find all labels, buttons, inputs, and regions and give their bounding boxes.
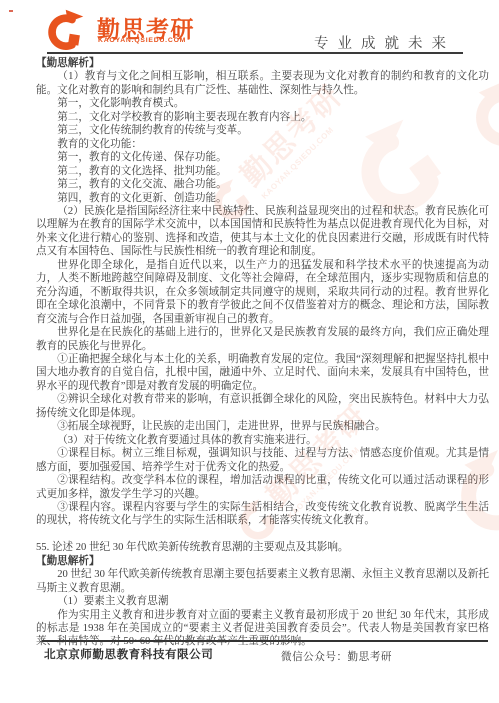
footer-wechat: 微信公众号：勤思考研	[281, 649, 392, 664]
brand-slogan: 专业成就未来	[314, 32, 455, 53]
paragraph: 教育的文化功能：	[36, 138, 489, 151]
paragraph: 第一，文化影响教育模式。	[36, 97, 489, 110]
paragraph: ②课程结构。改变学科本位的课程，增加活动课程的比重，传统文化可以通过活动课程的形…	[36, 474, 489, 501]
paragraph: （1）要素主义教育思潮	[36, 595, 489, 608]
paragraph: 【勤思解析】	[36, 57, 489, 70]
paragraph: ③拓展全球视野，让民族的走出国门，走进世界，世界与民族相融合。	[36, 420, 489, 433]
paragraph: 作为实用主义教育和进步教育对立面的要素主义教育最初形成于 20 世纪 30 年代…	[36, 609, 489, 649]
paragraph: 第四，教育的文化更新、创造功能。	[36, 192, 489, 205]
scan-artifact	[9, 10, 13, 12]
header-divider	[47, 52, 463, 54]
paragraph: 第三，文化传统制约教育的传统与变革。	[36, 124, 489, 137]
paragraph: （1）教育与文化之间相互影响，相互联系。主要表现为文化对教育的制约和教育的文化功…	[36, 70, 489, 97]
paragraph: 第二，教育的文化选择、批判功能。	[36, 165, 489, 178]
paragraph: （3）对于传统文化教育要通过具体的教育实施来进行。	[36, 434, 489, 447]
paragraph: （2）民族化是指国际经济往来中民族特性、民族利益显现突出的过程和状态。教育民族化…	[36, 205, 489, 259]
document-body: 【勤思解析】（1）教育与文化之间相互影响，相互联系。主要表现为文化对教育的制约和…	[36, 57, 489, 649]
paragraph: 世界化是在民族化的基础上进行的，世界化又是民族教育发展的最终方向，我们应正确处理…	[36, 326, 489, 353]
paragraph: 20 世纪 30 年代欧美新传统教育思潮主要包括要素主义教育思潮、永恒主义教育思…	[36, 568, 489, 595]
paragraph: 第三，教育的文化交流、融合功能。	[36, 178, 489, 191]
paragraph: ①正确把握全球化与本土化的关系，明确教育发展的定位。我国“深刻理解和把握坚持扎根…	[36, 353, 489, 393]
brand-logo-icon	[36, 7, 90, 52]
paragraph	[36, 528, 489, 541]
paragraph: 55. 论述 20 世纪 30 年代欧美新传统教育思潮的主要观点及其影响。	[36, 541, 489, 554]
brand-url: KAOYAN.QSIEDU.COM	[98, 37, 186, 44]
paragraph: ①课程目标。树立三维目标观，强调知识与技能、过程与方法、情感态度价值观。尤其是情…	[36, 447, 489, 474]
paragraph: 世界化即全球化，是指自近代以来，以生产力的迅猛发展和科学技术水平的快速提高为动力…	[36, 259, 489, 326]
scanned-document-page: 勤思考研 KAOYAN.QSIEDU.COM 专业成就未来 【勤思解析】（1）教…	[0, 0, 499, 703]
paragraph: ②辨识全球化对教育带来的影响，有意识抵御全球化的风险，突出民族特色。材料中大力弘…	[36, 393, 489, 420]
paragraph: 【勤思解析】	[36, 555, 489, 568]
paragraph: ③课程内容。课程内容要与学生的实际生活相结合，改变传统文化教育说教、脱离学生生活…	[36, 501, 489, 528]
paragraph: 第一，教育的文化传递、保存功能。	[36, 151, 489, 164]
paragraph: 第二，文化对学校教育的影响主要表现在教育内容上。	[36, 111, 489, 124]
